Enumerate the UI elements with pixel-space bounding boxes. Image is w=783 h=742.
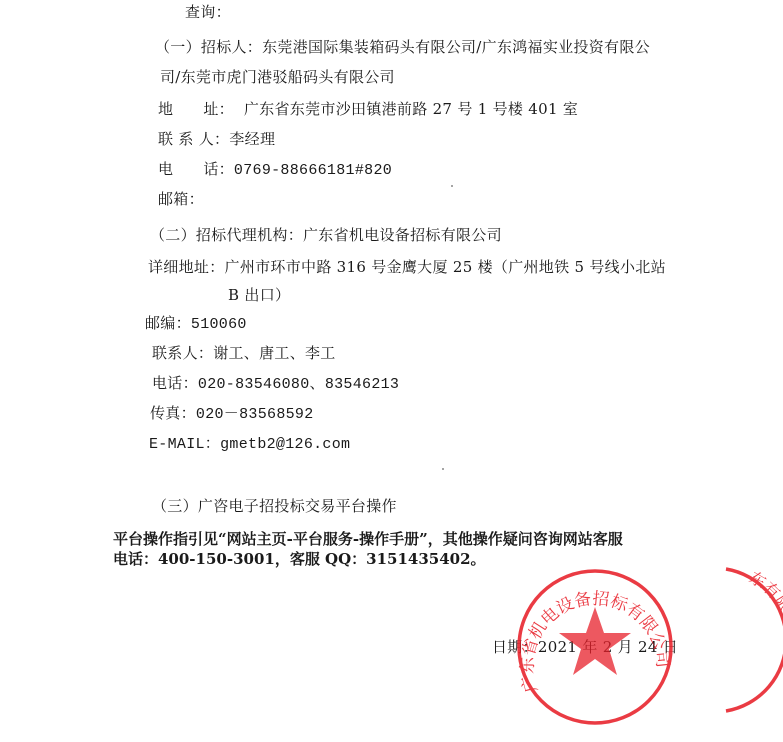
section1-address-value: 广东省东莞市沙田镇港前路 27 号 1 号楼 401 室 (244, 100, 578, 118)
phone-label-char2: 话： (203, 160, 234, 178)
section1-address-row: 地址：广东省东莞市沙田镇港前路 27 号 1 号楼 401 室 (158, 99, 578, 119)
section2-phone-row: 电话：020-83546080、83546213 (152, 373, 399, 395)
address-label-char2: 址： (203, 100, 234, 118)
svg-text:东有限公司: 东有限公司 (746, 568, 783, 646)
phone-label-char1: 电 (158, 160, 173, 178)
date-row: 日期：2021 年 2 月 24 日 (492, 637, 678, 657)
section2-address-label: 详细地址： (148, 258, 225, 276)
address-label-char1: 地 (158, 100, 173, 118)
date-value: 2021 年 2 月 24 日 (538, 638, 678, 656)
section2-contact-row: 联系人：谢工、唐工、李工 (152, 343, 336, 363)
section1-email-row: 邮箱： (158, 189, 204, 209)
section2-contact-label: 联系人： (152, 344, 213, 362)
section2-fax-label: 传真： (150, 404, 196, 422)
section2-postcode-label: 邮编： (145, 314, 191, 332)
section1-contact-value: 李经理 (229, 130, 275, 148)
section2-email-row: E-MAIL：gmetb2@126.com (149, 433, 350, 455)
section1-title-line1: （一）招标人：东莞港国际集装箱码头有限公司/广东鸿福实业投资有限公 (155, 37, 650, 57)
scan-speck (442, 468, 444, 470)
partial-seal-stamp: 东有限公司 (720, 565, 783, 715)
section3-body-line1: 平台操作指引见“网站主页-平台服务-操作手册”，其他操作疑问咨询网站客服 (113, 529, 623, 549)
section3-body-line2: 电话：400-150-3001，客服 QQ：3151435402。 (113, 549, 486, 569)
inquiry-heading: 查询： (185, 2, 231, 22)
section2-phone-label: 电话： (152, 374, 198, 392)
section2-phone-value: 020-83546080、83546213 (198, 376, 399, 393)
section2-contact-value: 谢工、唐工、李工 (213, 344, 335, 362)
section1-title-line2: 司/东莞市虎门港驳船码头有限公司 (160, 67, 395, 87)
section1-contact-row: 联 系 人：李经理 (158, 129, 275, 149)
section1-contact-label: 联 系 人： (158, 130, 229, 148)
section2-postcode-row: 邮编：510060 (145, 313, 247, 335)
section1-phone-row: 电话：0769-88666181#820 (158, 159, 392, 181)
section2-email-label: E-MAIL： (149, 436, 220, 453)
date-label: 日期： (492, 638, 538, 656)
section3-title: （三）广咨电子招投标交易平台操作 (152, 496, 397, 516)
section2-fax-value: 020－83568592 (196, 406, 314, 423)
section2-fax-row: 传真：020－83568592 (150, 403, 314, 425)
section2-title: （二）招标代理机构：广东省机电设备招标有限公司 (150, 225, 502, 245)
section2-email-value[interactable]: gmetb2@126.com (220, 436, 350, 453)
section1-phone-value: 0769-88666181#820 (234, 162, 392, 179)
scan-speck (451, 185, 453, 187)
section2-address-line2: B 出口） (228, 285, 290, 305)
section2-address-row: 详细地址：广州市环市中路 316 号金鹰大厦 25 楼（广州地铁 5 号线小北站 (148, 257, 666, 277)
section1-email-label: 邮箱： (158, 190, 204, 208)
section2-address-line1: 广州市环市中路 316 号金鹰大厦 25 楼（广州地铁 5 号线小北站 (225, 258, 666, 276)
section2-postcode-value: 510060 (191, 316, 247, 333)
